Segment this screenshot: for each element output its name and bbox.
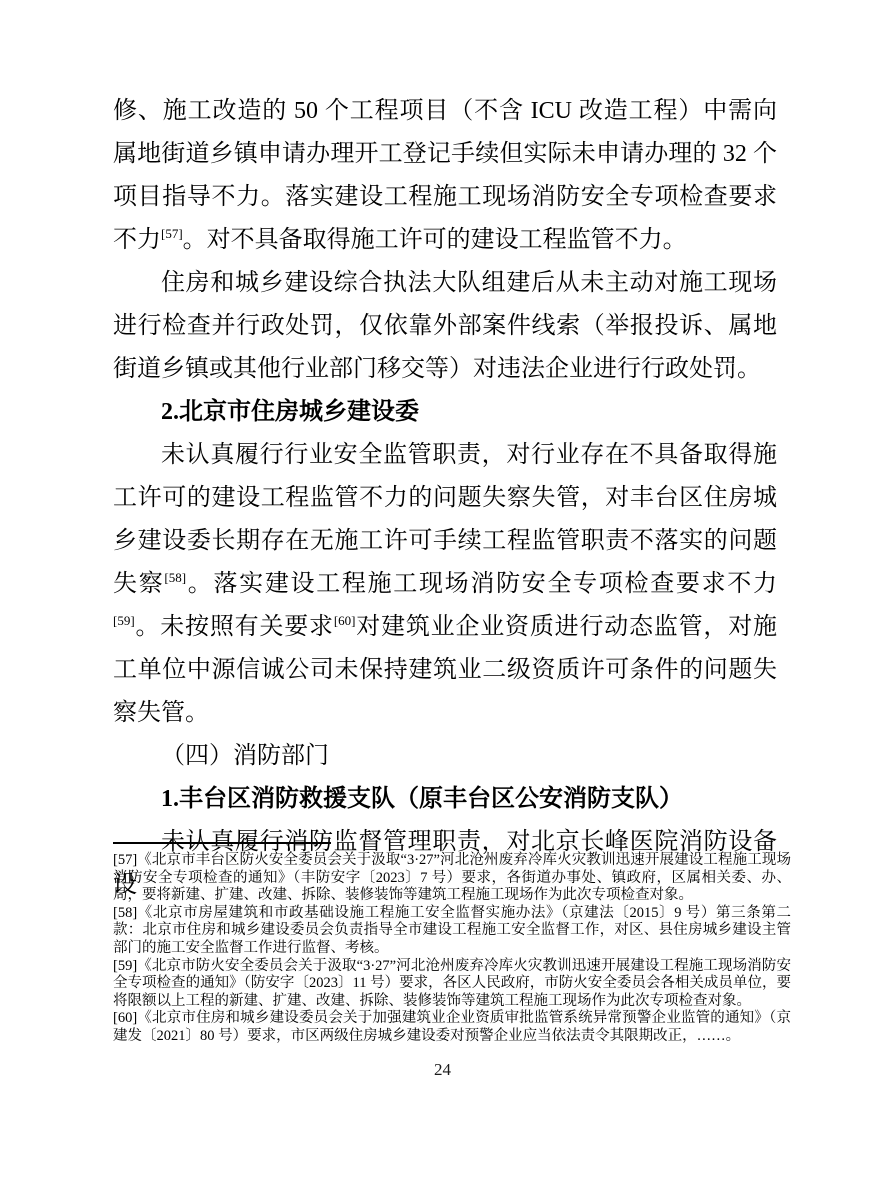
document-body: 修、施工改造的 50 个工程项目（不含 ICU 改造工程）中需向属地街道乡镇申请… <box>113 90 777 907</box>
footnote-57: [57]《北京市丰台区防火安全委员会关于汲取“3·27”河北沧州废弃冷库火灾教训… <box>113 852 791 905</box>
footnote-59: [59]《北京市防火安全委员会关于汲取“3·27”河北沧州废弃冷库火灾教训迅速开… <box>113 958 791 1011</box>
heading-fengtai-fire-rescue-detachment: 1.丰台区消防救援支队（原丰台区公安消防支队） <box>113 778 777 821</box>
paragraph-enforcement-brigade: 住房和城乡建设综合执法大队组建后从未主动对施工现场进行检查并行政处罚，仅依靠外部… <box>113 262 777 391</box>
paragraph-construction-projects: 修、施工改造的 50 个工程项目（不含 ICU 改造工程）中需向属地街道乡镇申请… <box>113 90 777 262</box>
paragraph-industry-safety-supervision: 未认真履行行业安全监管职责，对行业存在不具备取得施工许可的建设工程监管不力的问题… <box>113 434 777 735</box>
footnote-separator-line <box>113 842 331 844</box>
page-number: 24 <box>0 1060 885 1080</box>
heading-beijing-housing-construction-committee: 2.北京市住房城乡建设委 <box>113 391 777 434</box>
footnote-58: [58]《北京市房屋建筑和市政基础设施工程施工安全监督实施办法》（京建法〔201… <box>113 905 791 958</box>
document-page: 修、施工改造的 50 个工程项目（不含 ICU 改造工程）中需向属地街道乡镇申请… <box>0 0 885 1194</box>
heading-section-four-fire-departments: （四）消防部门 <box>113 735 777 778</box>
footnote-60: [60]《北京市住房和城乡建设委员会关于加强建筑业企业资质审批监管系统异常预警企… <box>113 1010 791 1045</box>
footnotes-section: [57]《北京市丰台区防火安全委员会关于汲取“3·27”河北沧州废弃冷库火灾教训… <box>113 852 791 1046</box>
